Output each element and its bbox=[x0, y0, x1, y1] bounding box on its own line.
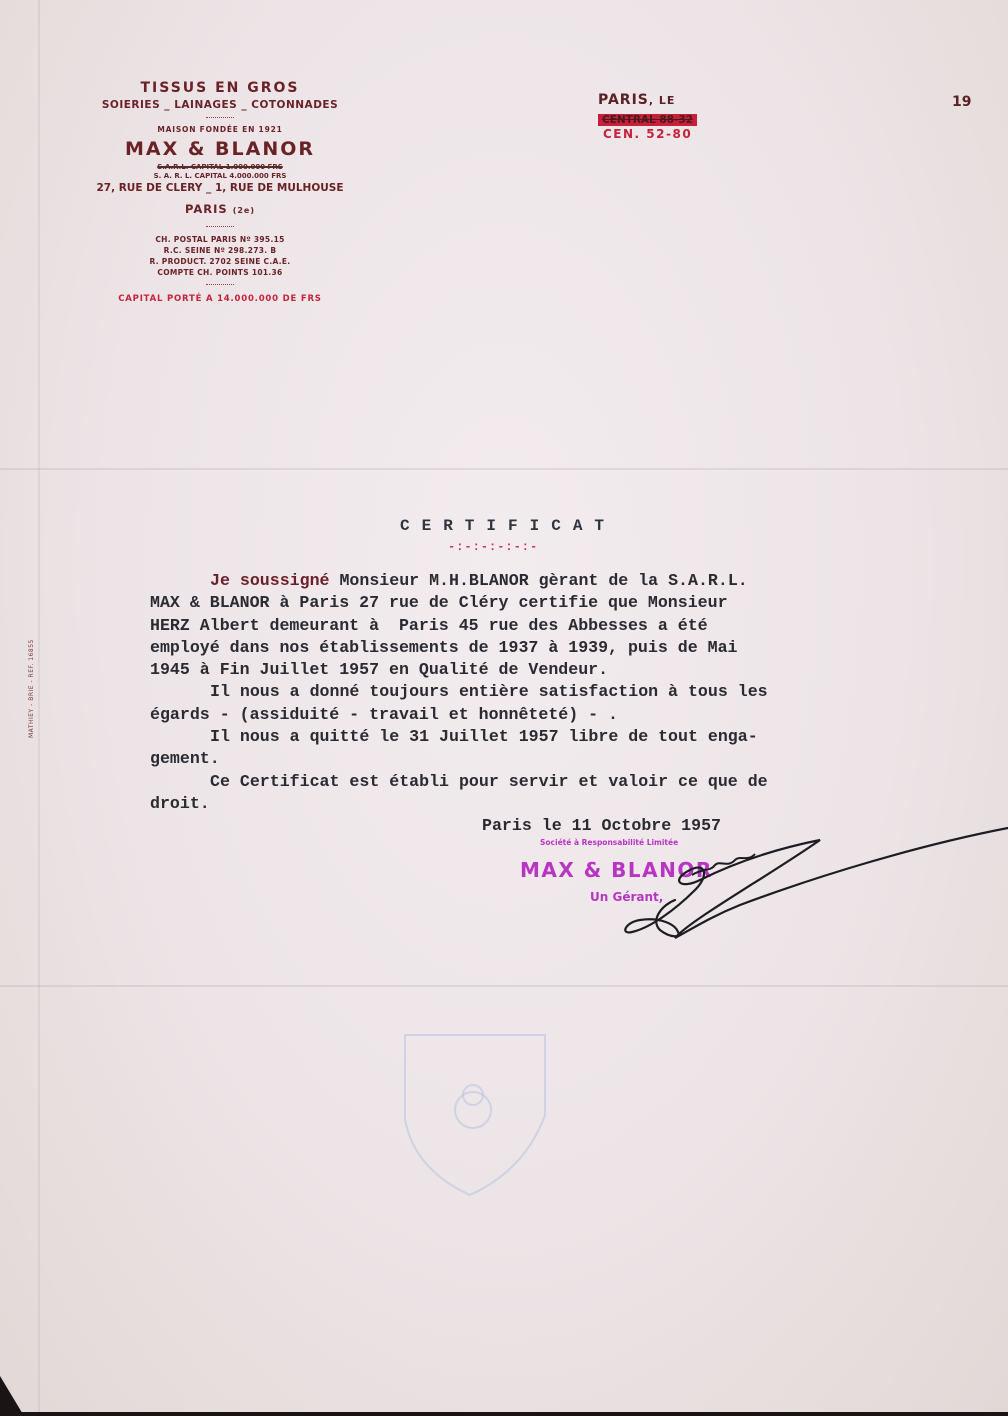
letterhead-capital: S. A. R. L. CAPITAL 4.000.000 FRS bbox=[70, 172, 370, 180]
letterhead-products: SOIERIES _ LAINAGES _ COTONNADES bbox=[70, 99, 370, 111]
letterhead-address: 27, RUE DE CLERY _ 1, RUE DE MULHOUSE bbox=[70, 182, 370, 194]
le-label: , LE bbox=[649, 94, 676, 107]
body-line: MAX & BLANOR à Paris 27 rue de Cléry cer… bbox=[150, 592, 880, 614]
body-line: Il nous a donné toujours entière satisfa… bbox=[150, 681, 880, 703]
body-line: droit. bbox=[150, 793, 880, 815]
body-line: employé dans nos établissements de 1937 … bbox=[150, 637, 880, 659]
body-line: HERZ Albert demeurant à Paris 45 rue des… bbox=[150, 615, 880, 637]
capital-raised: CAPITAL PORTÉ A 14.000.000 DE FRS bbox=[70, 294, 370, 304]
letterhead-old-capital: S.A.R.L. CAPITAL 1.000.000 FRS bbox=[70, 163, 370, 171]
city-name: PARIS bbox=[185, 202, 228, 216]
paris-label: PARIS bbox=[598, 92, 649, 108]
certificate-title: CERTIFICAT bbox=[400, 517, 616, 535]
year-prefix: 19 bbox=[952, 94, 971, 110]
signature-icon bbox=[620, 820, 1008, 945]
letterhead-company: MAX & BLANOR bbox=[70, 138, 370, 160]
registry-line: R.C. SEINE Nº 298.273. B bbox=[70, 245, 370, 256]
fold-line bbox=[0, 468, 1008, 470]
faint-shield-stamp-icon bbox=[385, 1020, 555, 1200]
divider bbox=[206, 284, 234, 286]
old-phone-struck: CENTRAL 88-32 bbox=[598, 114, 697, 126]
page-corner bbox=[0, 1376, 24, 1416]
letterhead-trade: TISSUS EN GROS bbox=[70, 80, 370, 96]
body-line: Il nous a quitté le 31 Juillet 1957 libr… bbox=[150, 726, 880, 748]
divider bbox=[206, 226, 234, 228]
fold-line bbox=[38, 0, 40, 1416]
body-line: égards - (assiduité - travail et honnête… bbox=[150, 704, 880, 726]
body-line: Je soussigné Monsieur M.H.BLANOR gèrant … bbox=[150, 570, 880, 592]
body-lead: Je soussigné bbox=[210, 571, 330, 590]
letterhead: TISSUS EN GROS SOIERIES _ LAINAGES _ COT… bbox=[70, 80, 370, 304]
letterhead-city: PARIS (2e) bbox=[70, 202, 370, 216]
divider bbox=[206, 117, 234, 119]
letterhead-founded: MAISON FONDÉE EN 1921 bbox=[70, 125, 370, 134]
body-line: gement. bbox=[150, 748, 880, 770]
phone-number: CEN. 52-80 bbox=[603, 127, 697, 141]
registry-line: R. PRODUCT. 2702 SEINE C.A.E. bbox=[70, 256, 370, 267]
page-edge bbox=[0, 1412, 1008, 1416]
header-date-block: PARIS, LE CENTRAL 88-32 CEN. 52-80 bbox=[598, 92, 697, 141]
paris-le: PARIS, LE bbox=[598, 92, 697, 108]
printer-reference: MATHIEY - BRIE - REF. 16855 bbox=[28, 639, 35, 738]
arrondissement: (2e) bbox=[233, 206, 255, 215]
fold-line bbox=[0, 985, 1008, 987]
registry-line: CH. POSTAL PARIS Nº 395.15 bbox=[70, 234, 370, 245]
body-line: 1945 à Fin Juillet 1957 en Qualité de Ve… bbox=[150, 659, 880, 681]
certificate-body: Je soussigné Monsieur M.H.BLANOR gèrant … bbox=[150, 570, 880, 815]
paper-sheet: TISSUS EN GROS SOIERIES _ LAINAGES _ COT… bbox=[0, 0, 1008, 1416]
body-line: Ce Certificat est établi pour servir et … bbox=[150, 771, 880, 793]
registry-line: COMPTE CH. POINTS 101.36 bbox=[70, 267, 370, 278]
title-ornament: -:-:-:-:-:- bbox=[448, 540, 538, 554]
